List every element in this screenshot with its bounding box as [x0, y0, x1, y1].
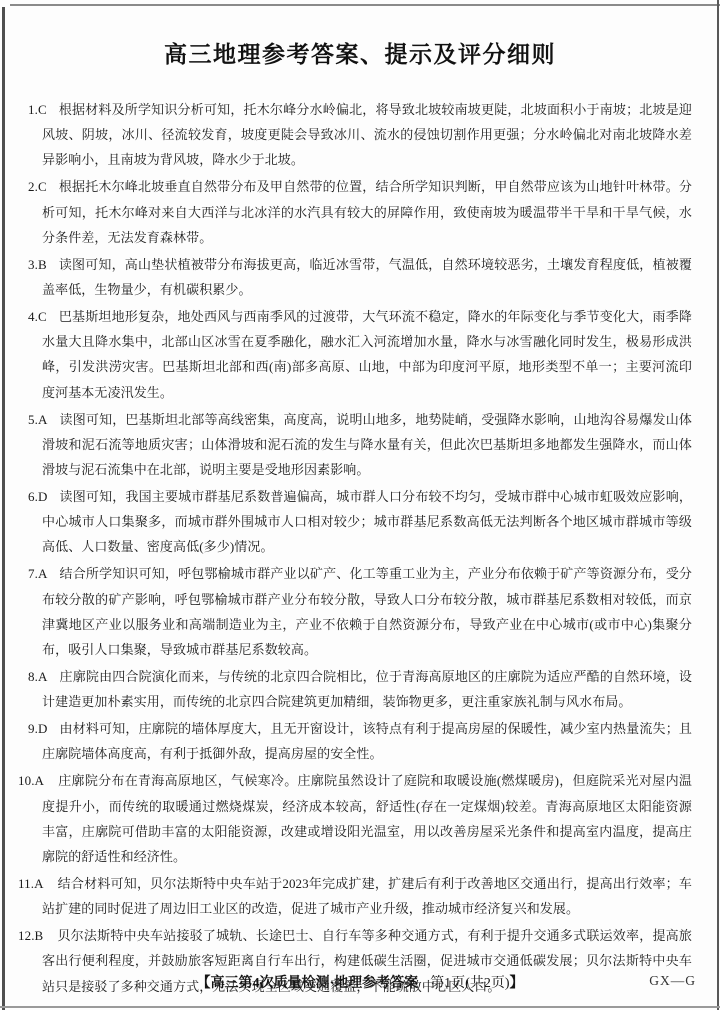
answer-item: 2.C根据托木尔峰北坡垂直自然带分布及甲自然带的位置，结合所学知识判断，甲自然带… [42, 174, 692, 250]
answers-list: 1.C根据材料及所学知识分析可知，托木尔峰分水岭偏北，将导致北坡较南坡更陡，北坡… [42, 97, 692, 1001]
answer-item: 1.C根据材料及所学知识分析可知，托木尔峰分水岭偏北，将导致北坡较南坡更陡，北坡… [42, 97, 692, 173]
answer-label: 11.A [18, 876, 44, 891]
answer-label: 1.C [28, 102, 47, 117]
answer-text: 根据托木尔峰北坡垂直自然带分布及甲自然带的位置，结合所学知识判断，甲自然带应该为… [42, 179, 692, 244]
answer-item: 5.A读图可知，巴基斯坦北部等高线密集，高度高，说明山地多，地势陡峭，受强降水影… [42, 407, 692, 483]
answer-label: 12.B [18, 928, 43, 943]
answer-text: 巴基斯坦地形复杂，地处西风与西南季风的过渡带，大气环流不稳定，降水的年际变化与季… [42, 309, 692, 400]
answer-label: 4.C [28, 309, 47, 324]
answer-text: 读图可知，高山垫状植被带分布海拔更高，临近冰雪带，气温低，自然环境较恶劣，土壤发… [42, 257, 692, 297]
answer-label: 3.B [28, 257, 47, 272]
footer-caption: 【高三第4次质量检测·地理参考答案第1页(共2页)】 [0, 972, 720, 992]
answer-text: 根据材料及所学知识分析可知，托木尔峰分水岭偏北，将导致北坡较南坡更陡，北坡面积小… [42, 102, 692, 167]
answer-label: 5.A [28, 412, 47, 427]
page-edge-bottom [0, 1006, 720, 1008]
answer-label: 2.C [28, 179, 47, 194]
answer-text: 由材料可知，庄廓院的墙体厚度大，且无开窗设计，该特点有利于提高房屋的保暖性，减少… [42, 721, 692, 761]
answer-item: 8.A庄廓院由四合院演化而来，与传统的北京四合院相比，位于青海高原地区的庄廓院为… [42, 664, 692, 714]
footer-bracket-close: 】 [510, 976, 524, 991]
footer-page-number: 第1页(共2页) [430, 976, 509, 991]
answer-text: 结合材料可知，贝尔法斯特中央车站于2023年完成扩建，扩建后有利于改善地区交通出… [42, 876, 692, 916]
answer-item: 9.D由材料可知，庄廓院的墙体厚度大，且无开窗设计，该特点有利于提高房屋的保暖性… [42, 716, 692, 766]
answer-label: 6.D [28, 489, 47, 504]
answer-label: 8.A [28, 669, 47, 684]
page-edge-right [717, 0, 719, 1010]
answer-item: 6.D读图可知，我国主要城市群基尼系数普遍偏高，城市群人口分布较不均匀，受城市群… [42, 484, 692, 560]
footer-exam-name: 【高三第4次质量检测·地理参考答案 [197, 976, 419, 991]
answer-item: 3.B读图可知，高山垫状植被带分布海拔更高，临近冰雪带，气温低，自然环境较恶劣，… [42, 252, 692, 302]
answer-label: 9.D [28, 721, 47, 736]
answer-item: 7.A结合所学知识可知，呼包鄂榆城市群产业以矿产、化工等重工业为主，产业分布依赖… [42, 561, 692, 662]
answer-text: 庄廓院由四合院演化而来，与传统的北京四合院相比，位于青海高原地区的庄廓院为适应严… [42, 669, 692, 709]
answer-item: 10.A庄廓院分布在青海高原地区，气候寒冷。庄廓院虽然设计了庭院和取暖设施(燃煤… [42, 768, 692, 869]
document-page: 高三地理参考答案、提示及评分细则 1.C根据材料及所学知识分析可知，托木尔峰分水… [0, 0, 720, 1010]
page-edge-left [2, 7, 5, 1010]
answer-label: 7.A [28, 566, 47, 581]
page-edge-top [10, 4, 720, 6]
answer-text: 结合所学知识可知，呼包鄂榆城市群产业以矿产、化工等重工业为主，产业分布依赖于矿产… [42, 566, 692, 657]
page-title: 高三地理参考答案、提示及评分细则 [0, 36, 720, 69]
answer-item: 11.A结合材料可知，贝尔法斯特中央车站于2023年完成扩建，扩建后有利于改善地… [42, 871, 692, 921]
answer-text: 庄廓院分布在青海高原地区，气候寒冷。庄廓院虽然设计了庭院和取暖设施(燃煤暖房)，… [42, 773, 692, 864]
answer-label: 10.A [18, 773, 44, 788]
answer-text: 读图可知，巴基斯坦北部等高线密集，高度高，说明山地多，地势陡峭，受强降水影响，山… [42, 412, 692, 477]
footer-code: GX—G [649, 973, 696, 989]
answer-text: 读图可知，我国主要城市群基尼系数普遍偏高，城市群人口分布较不均匀，受城市群中心城… [42, 489, 692, 554]
page-footer: 【高三第4次质量检测·地理参考答案第1页(共2页)】 GX—G [0, 972, 720, 996]
answer-item: 4.C巴基斯坦地形复杂，地处西风与西南季风的过渡带，大气环流不稳定，降水的年际变… [42, 304, 692, 405]
